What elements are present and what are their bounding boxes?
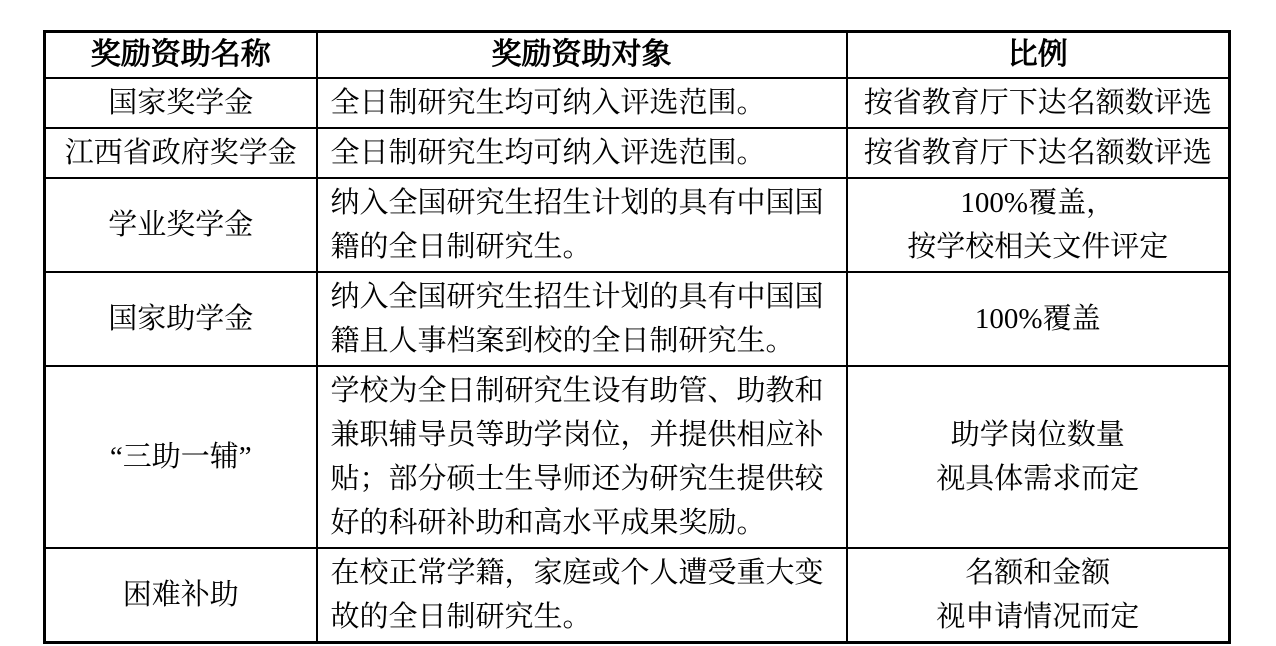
cell-award-target: 全日制研究生均可纳入评选范围。 [317,128,847,178]
cell-award-target: 学校为全日制研究生设有助管、助教和兼职辅导员等助学岗位，并提供相应补贴；部分硕士… [317,366,847,548]
cell-ratio: 按省教育厅下达名额数评选 [847,128,1230,178]
cell-award-name: 国家奖学金 [45,78,317,128]
document-page: 奖励资助名称 奖励资助对象 比例 国家奖学金 全日制研究生均可纳入评选范围。 按… [43,30,1231,644]
cell-ratio: 100%覆盖， 按学校相关文件评定 [847,178,1230,272]
cell-award-target: 纳入全国研究生招生计划的具有中国国籍且人事档案到校的全日制研究生。 [317,272,847,366]
cell-award-target: 纳入全国研究生招生计划的具有中国国籍的全日制研究生。 [317,178,847,272]
header-award-target: 奖励资助对象 [317,32,847,79]
table-row-academic-scholarship: 学业奖学金 纳入全国研究生招生计划的具有中国国籍的全日制研究生。 100%覆盖，… [45,178,1230,272]
table-row-national-scholarship: 国家奖学金 全日制研究生均可纳入评选范围。 按省教育厅下达名额数评选 [45,78,1230,128]
cell-ratio: 按省教育厅下达名额数评选 [847,78,1230,128]
table-row-national-grant: 国家助学金 纳入全国研究生招生计划的具有中国国籍且人事档案到校的全日制研究生。 … [45,272,1230,366]
cell-award-target: 全日制研究生均可纳入评选范围。 [317,78,847,128]
cell-award-name: 困难补助 [45,548,317,643]
table-row-hardship-subsidy: 困难补助 在校正常学籍，家庭或个人遭受重大变故的全日制研究生。 名额和金额 视申… [45,548,1230,643]
header-ratio: 比例 [847,32,1230,79]
table-row-three-assist-one-counsel: “三助一辅” 学校为全日制研究生设有助管、助教和兼职辅导员等助学岗位，并提供相应… [45,366,1230,548]
cell-ratio: 助学岗位数量 视具体需求而定 [847,366,1230,548]
cell-award-name: “三助一辅” [45,366,317,548]
cell-award-name: 学业奖学金 [45,178,317,272]
table-row-jiangxi-gov-scholarship: 江西省政府奖学金 全日制研究生均可纳入评选范围。 按省教育厅下达名额数评选 [45,128,1230,178]
cell-award-name: 国家助学金 [45,272,317,366]
cell-award-target: 在校正常学籍，家庭或个人遭受重大变故的全日制研究生。 [317,548,847,643]
header-row: 奖励资助名称 奖励资助对象 比例 [45,32,1230,79]
header-award-name: 奖励资助名称 [45,32,317,79]
cell-award-name: 江西省政府奖学金 [45,128,317,178]
cell-ratio: 名额和金额 视申请情况而定 [847,548,1230,643]
scholarship-table: 奖励资助名称 奖励资助对象 比例 国家奖学金 全日制研究生均可纳入评选范围。 按… [43,30,1231,644]
cell-ratio: 100%覆盖 [847,272,1230,366]
